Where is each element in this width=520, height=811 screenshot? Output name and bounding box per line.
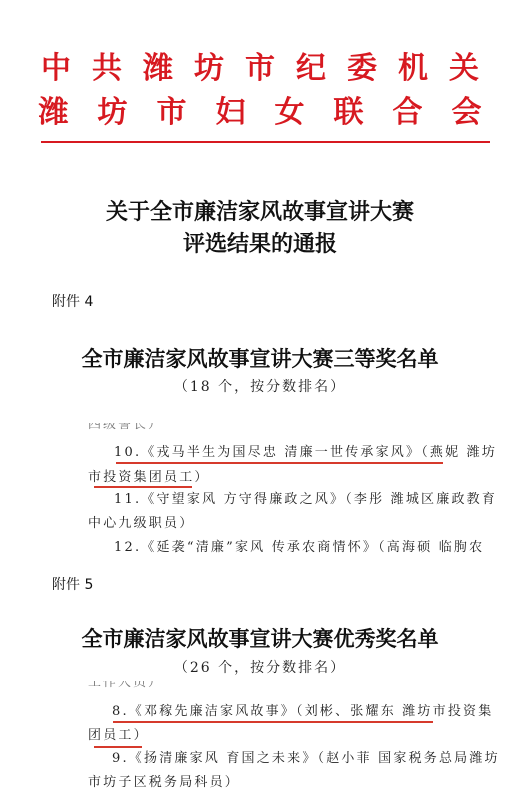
list-item-8-line-1: 8.《邓稼先廉洁家风故事》（刘彬、张耀东 潍坊市投资集 [112, 700, 493, 719]
list-item-10-line-1: 10.《戎马半生为国尽忠 清廉一世传承家风》（燕妮 潍坊 [114, 441, 497, 460]
attachment-4-label: 附件 4 [52, 291, 93, 311]
letterhead-line-1: 中共潍坊市纪委机关 [0, 52, 520, 86]
clipped-text-line: 工作人员） [88, 681, 163, 690]
list-item-9-line-2: 市坊子区税务局科员） [88, 771, 240, 790]
attachment-5-subtitle: （26 个，按分数排名） [0, 657, 520, 677]
list-item-11-line-1: 11.《守望家风 方守得廉政之风》（李彤 潍城区廉政教育 [114, 488, 497, 507]
letterhead-line-2: 潍坊市妇女联合会 [0, 96, 520, 130]
list-item-11-line-2: 中心九级职员） [88, 512, 194, 531]
list-item-12-line-1: 12.《延袭“清廉”家风 传承农商情怀》（高海硕 临朐农 [114, 536, 484, 555]
attachment-4-heading: 全市廉洁家风故事宣讲大赛三等奖名单 [0, 343, 520, 373]
clipped-text-line: 四级警长） [88, 423, 163, 432]
attachment-5-heading: 全市廉洁家风故事宣讲大赛优秀奖名单 [0, 623, 520, 653]
highlight-underline [113, 721, 433, 723]
letterhead-divider [41, 141, 490, 143]
document-title-line-1: 关于全市廉洁家风故事宣讲大赛 [0, 198, 520, 226]
highlight-underline [116, 462, 443, 464]
attachment-4-subtitle: （18 个，按分数排名） [0, 376, 520, 396]
attachment-5-label: 附件 5 [52, 574, 93, 594]
list-item-9-line-1: 9.《扬清廉家风 育国之未来》（赵小菲 国家税务总局潍坊 [112, 747, 500, 766]
document-title-line-2: 评选结果的通报 [0, 230, 520, 258]
list-item-8-line-2: 团员工） [88, 724, 149, 743]
list-item-10-line-2: 市投资集团员工） [88, 466, 210, 485]
